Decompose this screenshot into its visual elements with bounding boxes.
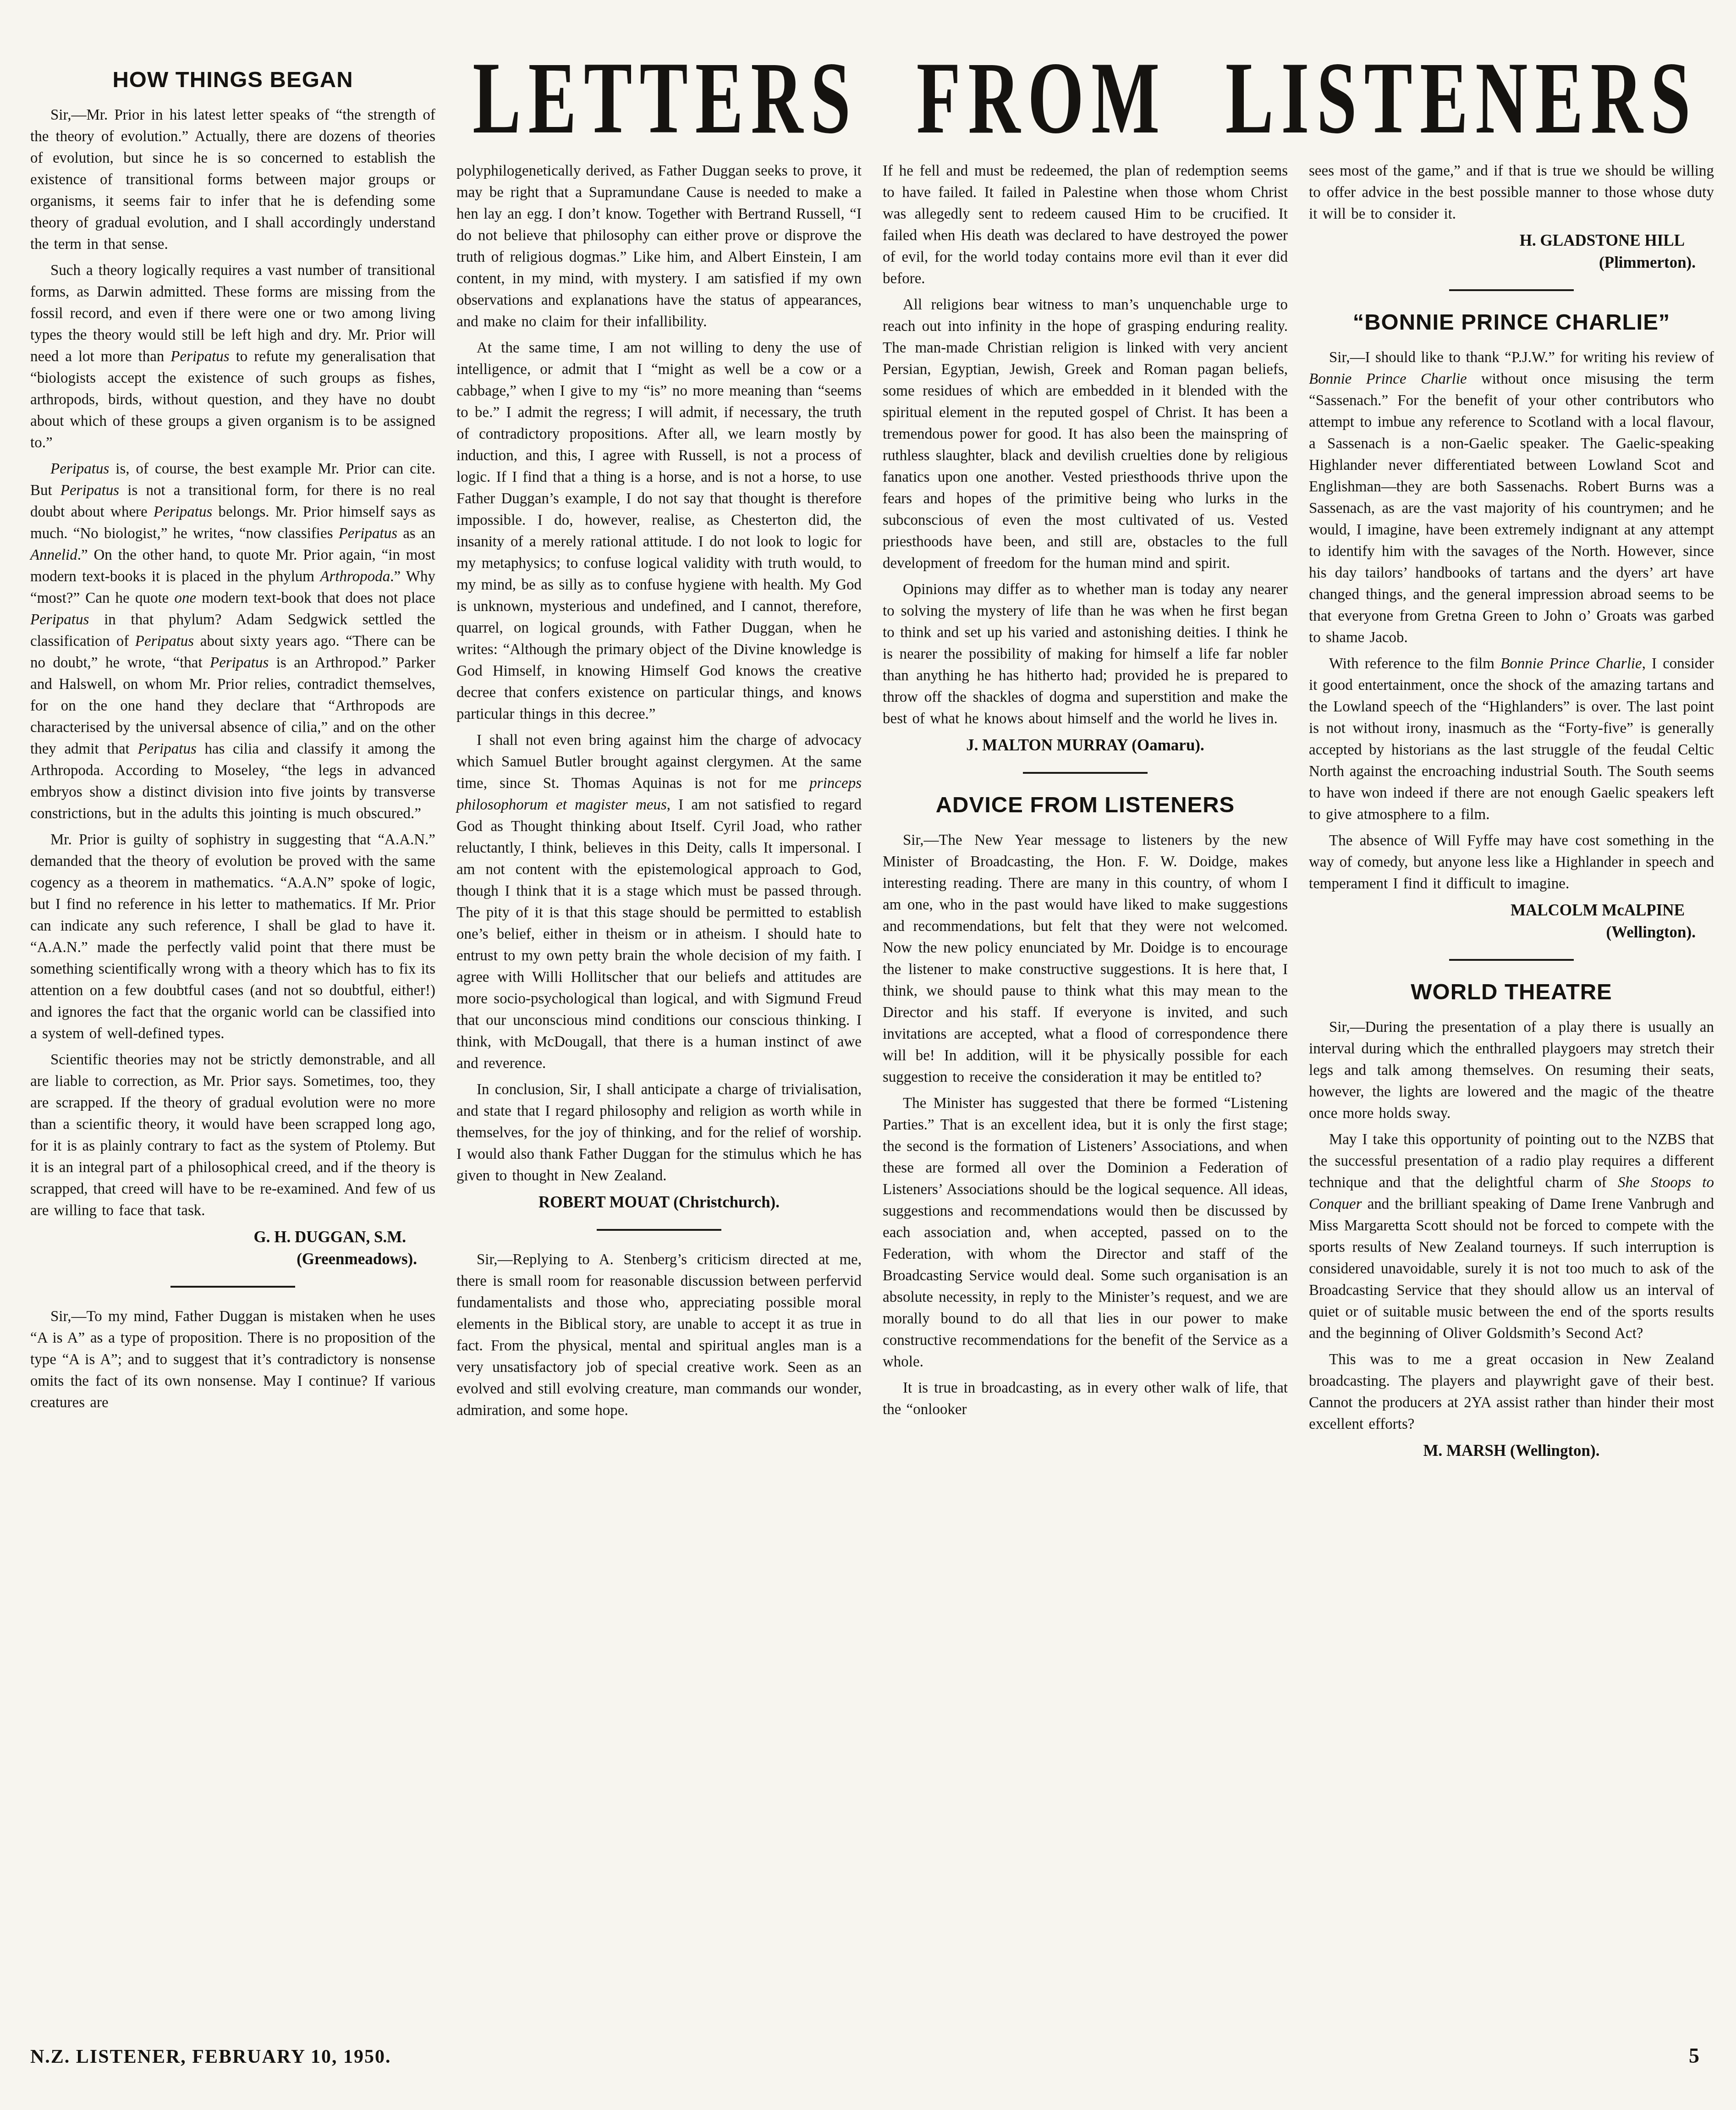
paragraph: With reference to the film Bonnie Prince…: [1309, 653, 1714, 826]
signature-place: (Wellington).: [1309, 921, 1714, 943]
paragraph: It is true in broadcasting, as in every …: [883, 1377, 1288, 1421]
paragraph: The Minister has suggested that there be…: [883, 1093, 1288, 1373]
page-footer: N.Z. LISTENER, FEBRUARY 10, 1950. 5: [30, 2044, 1699, 2068]
paragraph: This was to me a great occasion in New Z…: [1309, 1349, 1714, 1435]
paragraph: The absence of Will Fyffe may have cost …: [1309, 830, 1714, 895]
signature: H. GLADSTONE HILL(Plimmerton).: [1309, 230, 1714, 274]
section-divider-rule: [597, 1229, 721, 1231]
paragraph: Sir,—The New Year message to listeners b…: [883, 830, 1288, 1088]
issue-date: N.Z. LISTENER, FEBRUARY 10, 1950.: [30, 2046, 391, 2068]
paragraph: Sir,—During the presentation of a play t…: [1309, 1017, 1714, 1124]
paragraph: Sir,—To my mind, Father Duggan is mistak…: [30, 1306, 435, 1414]
paragraph: Sir,—Mr. Prior in his latest letter spea…: [30, 105, 435, 255]
signature-place: (Plimmerton).: [1309, 252, 1714, 274]
paragraph: Mr. Prior is guilty of sophistry in sugg…: [30, 829, 435, 1045]
signature-place: (Greenmeadows).: [30, 1248, 435, 1270]
paragraph: May I take this opportunity of pointing …: [1309, 1129, 1714, 1344]
signature: J. MALTON MURRAY (Oamaru).: [883, 734, 1288, 756]
paragraph: All religions bear witness to man’s unqu…: [883, 294, 1288, 574]
signature: G. H. DUGGAN, S.M.(Greenmeadows).: [30, 1226, 435, 1270]
masthead: LETTERS FROM LISTENERS: [456, 23, 1714, 160]
letter-heading: ADVICE FROM LISTENERS: [883, 792, 1288, 818]
letter-heading: HOW THINGS BEGAN: [30, 67, 435, 93]
column-2: polyphilogenetically derived, as Father …: [456, 160, 862, 1468]
paragraph: polyphilogenetically derived, as Father …: [456, 160, 862, 333]
signature: M. MARSH (Wellington).: [1309, 1440, 1714, 1462]
signature: MALCOLM McALPINE(Wellington).: [1309, 899, 1714, 943]
paragraph: Sir,—Replying to A. Stenberg’s criticism…: [456, 1249, 862, 1421]
paragraph: I shall not even bring against him the c…: [456, 730, 862, 1074]
column-3: If he fell and must be redeemed, the pla…: [883, 160, 1288, 1468]
paragraph: In conclusion, Sir, I shall anticipate a…: [456, 1079, 862, 1187]
section-divider-rule: [170, 1286, 295, 1288]
page-number: 5: [1689, 2044, 1699, 2068]
letter-heading: “BONNIE PRINCE CHARLIE”: [1309, 309, 1714, 335]
column-4: sees most of the game,” and if that is t…: [1309, 160, 1714, 1468]
column-1: HOW THINGS BEGANSir,—Mr. Prior in his la…: [30, 23, 435, 1468]
signature-name: G. H. DUGGAN, S.M.: [30, 1226, 435, 1248]
section-divider-rule: [1449, 959, 1574, 961]
paragraph: At the same time, I am not willing to de…: [456, 337, 862, 725]
paragraph: Such a theory logically requires a vast …: [30, 260, 435, 454]
paragraph: Scientific theories may not be strictly …: [30, 1049, 435, 1222]
page-title: LETTERS FROM LISTENERS: [456, 39, 1714, 158]
signature-name: MALCOLM McALPINE: [1309, 899, 1714, 921]
section-divider-rule: [1023, 772, 1148, 774]
letter-heading: WORLD THEATRE: [1309, 979, 1714, 1005]
page-grid: LETTERS FROM LISTENERS HOW THINGS BEGANS…: [30, 23, 1714, 1468]
paragraph: If he fell and must be redeemed, the pla…: [883, 160, 1288, 290]
paragraph: Opinions may differ as to whether man is…: [883, 579, 1288, 730]
paragraph: Sir,—I should like to thank “P.J.W.” for…: [1309, 347, 1714, 649]
section-divider-rule: [1449, 289, 1574, 291]
paragraph: Peripatus is, of course, the best exampl…: [30, 458, 435, 825]
paragraph: sees most of the game,” and if that is t…: [1309, 160, 1714, 225]
newspaper-page: LETTERS FROM LISTENERS HOW THINGS BEGANS…: [0, 0, 1736, 2110]
signature: ROBERT MOUAT (Christchurch).: [456, 1191, 862, 1213]
signature-name: H. GLADSTONE HILL: [1309, 230, 1714, 252]
